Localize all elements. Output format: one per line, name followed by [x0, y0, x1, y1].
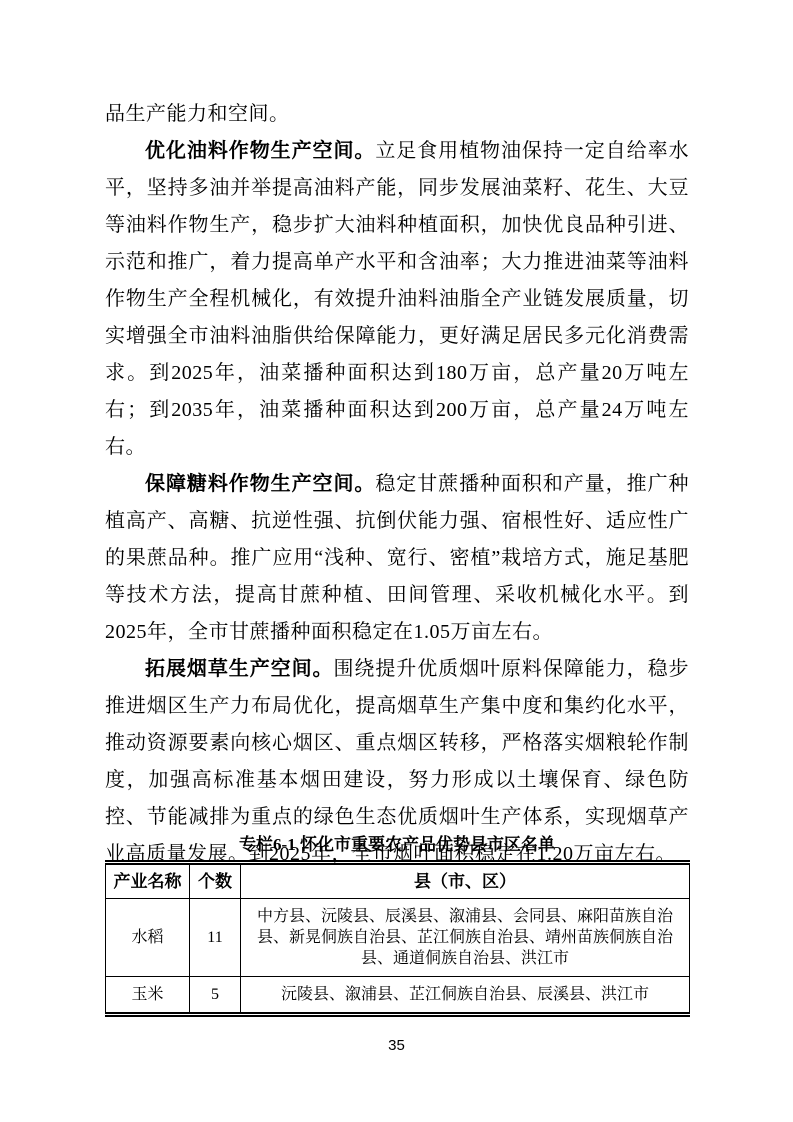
cell-regions: 中方县、沅陵县、辰溪县、溆浦县、会同县、麻阳苗族自治县、新晃侗族自治县、芷江侗族…: [241, 899, 690, 977]
paragraph-text: 品生产能力和空间。: [105, 103, 290, 125]
document-page: 品生产能力和空间。 优化油料作物生产空间。立足食用植物油保持一定自给率水平，坚持…: [0, 0, 793, 1122]
header-industry-name: 产业名称: [106, 863, 190, 899]
paragraph-oil-crops: 优化油料作物生产空间。立足食用植物油保持一定自给率水平，坚持多油并举提高油料产能…: [105, 133, 689, 466]
paragraph-lead: 拓展烟草生产空间。: [145, 658, 333, 680]
table-row: 玉米 5 沅陵县、溆浦县、芷江侗族自治县、辰溪县、洪江市: [106, 977, 690, 1015]
callout-box-6-1: 专栏6-1 怀化市重要农产品优势县市区名单 产业名称 个数 县（市、区） 水稻 …: [105, 834, 689, 1017]
table-header-row: 产业名称 个数 县（市、区）: [106, 863, 690, 899]
cell-industry: 水稻: [106, 899, 190, 977]
cell-count: 5: [190, 977, 241, 1015]
paragraph-continuation: 品生产能力和空间。: [105, 96, 689, 133]
header-regions: 县（市、区）: [241, 863, 690, 899]
advantage-county-table: 产业名称 个数 县（市、区） 水稻 11 中方县、沅陵县、辰溪县、溆浦县、会同县…: [105, 860, 690, 1017]
paragraph-lead: 保障糖料作物生产空间。: [145, 473, 375, 495]
paragraph-text: 立足食用植物油保持一定自给率水平，坚持多油并举提高油料产能，同步发展油菜籽、花生…: [105, 140, 689, 458]
header-count: 个数: [190, 863, 241, 899]
table-row: 水稻 11 中方县、沅陵县、辰溪县、溆浦县、会同县、麻阳苗族自治县、新晃侗族自治…: [106, 899, 690, 977]
cell-industry: 玉米: [106, 977, 190, 1015]
cell-count: 11: [190, 899, 241, 977]
paragraph-text: 稳定甘蔗播种面积和产量，推广种植高产、高糖、抗逆性强、抗倒伏能力强、宿根性好、适…: [105, 473, 689, 643]
paragraph-sugar-crops: 保障糖料作物生产空间。稳定甘蔗播种面积和产量，推广种植高产、高糖、抗逆性强、抗倒…: [105, 466, 689, 651]
body-text: 品生产能力和空间。 优化油料作物生产空间。立足食用植物油保持一定自给率水平，坚持…: [105, 96, 689, 873]
table-title: 专栏6-1 怀化市重要农产品优势县市区名单: [105, 834, 689, 856]
cell-regions: 沅陵县、溆浦县、芷江侗族自治县、辰溪县、洪江市: [241, 977, 690, 1015]
page-number: 35: [0, 1037, 793, 1054]
paragraph-lead: 优化油料作物生产空间。: [145, 140, 375, 162]
